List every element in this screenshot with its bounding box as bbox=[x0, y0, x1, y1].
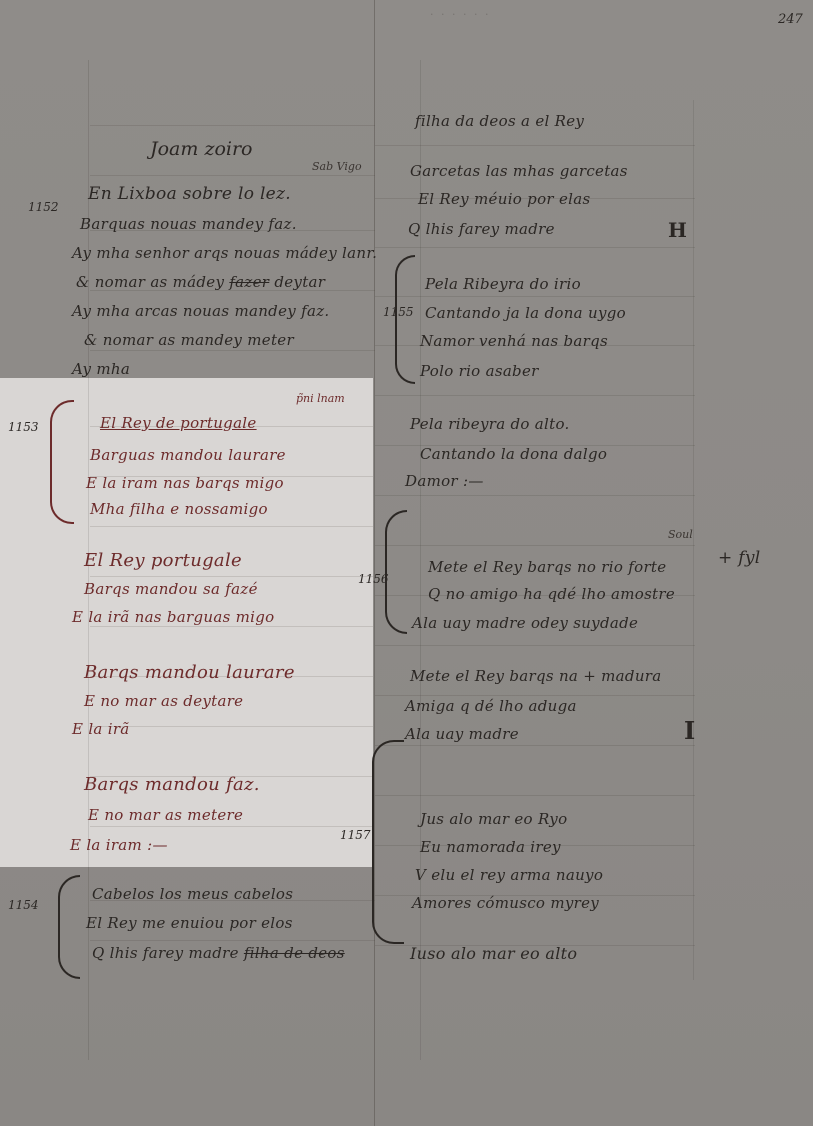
column-rule bbox=[693, 100, 694, 980]
ruled-line bbox=[90, 125, 375, 126]
ruled-line bbox=[375, 645, 695, 646]
verse-line: Cantando ja la dona uygo bbox=[425, 304, 626, 322]
verse-line: Amores cómusco myrey bbox=[412, 894, 599, 912]
verse-line: Damor :— bbox=[405, 472, 484, 490]
verse-line: Cabelos los meus cabelos bbox=[92, 885, 293, 903]
ruled-line bbox=[90, 726, 373, 727]
ruled-line bbox=[375, 495, 695, 496]
verse-line: Barqs mandou laurare bbox=[84, 662, 295, 683]
ruled-line bbox=[90, 576, 373, 577]
ruled-line bbox=[90, 350, 375, 351]
verse-line: Cantando la dona dalgo bbox=[420, 445, 607, 463]
folio-number: 247 bbox=[778, 12, 803, 27]
verse-line: Mete el Rey barqs no rio forte bbox=[428, 558, 666, 576]
ruled-line bbox=[375, 296, 695, 297]
verse-line: El Rey de portugale bbox=[100, 414, 257, 432]
verse-line: Ala uay madre odey suydade bbox=[412, 614, 638, 632]
verse-line: E la irã nas barguas migo bbox=[72, 608, 275, 626]
poem-number: 1153 bbox=[8, 420, 39, 434]
verse-line: Namor venhá nas barqs bbox=[420, 332, 608, 350]
margin-mark: I bbox=[684, 716, 695, 745]
verse-line: V elu el rey arma nauyo bbox=[415, 866, 603, 884]
verse-line: Ay mha arcas nouas mandey faz. bbox=[72, 302, 329, 320]
marginal-note: p̃ni lnam bbox=[296, 392, 345, 405]
manuscript-page: 247 · · · · · · Joam zoiro Sab Vigo 1152… bbox=[0, 0, 813, 1126]
decorated-initial-flourish bbox=[58, 875, 80, 979]
verse-line: Mete el Rey barqs na + madura bbox=[410, 667, 662, 685]
verse-line: En Lixboa sobre lo lez. bbox=[88, 184, 291, 204]
verse-line: Ay mha bbox=[72, 360, 130, 378]
verse-line: Q lhis farey madre filha de deos bbox=[92, 944, 345, 962]
verse-line: Ay mha senhor arqs nouas mádey lanr. bbox=[72, 244, 377, 262]
verse-line: Garcetas las mhas garcetas bbox=[410, 162, 628, 180]
ruled-line bbox=[375, 545, 695, 546]
ruled-line bbox=[375, 247, 695, 248]
decorated-initial-flourish bbox=[395, 255, 415, 384]
ruled-line bbox=[90, 175, 375, 176]
ruled-line bbox=[375, 145, 695, 146]
author-heading: Joam zoiro bbox=[150, 138, 253, 160]
decorated-initial-flourish bbox=[372, 740, 404, 944]
faint-header: · · · · · · bbox=[430, 8, 490, 21]
decorated-initial-flourish bbox=[50, 400, 74, 524]
verse-line: & nomar as mádey fazer deytar bbox=[76, 273, 325, 291]
verse-line: Mha filha e nossamigo bbox=[90, 500, 268, 518]
ruled-line bbox=[375, 395, 695, 396]
decorated-initial-flourish bbox=[385, 510, 407, 634]
poem-number: 1156 bbox=[358, 572, 389, 586]
verse-line: filha da deos a el Rey bbox=[415, 112, 584, 130]
poem-number: 1152 bbox=[28, 200, 59, 214]
column-divider bbox=[374, 0, 375, 1126]
ruled-line bbox=[375, 695, 695, 696]
verse-line: El Rey portugale bbox=[84, 550, 242, 571]
verse-line: E no mar as metere bbox=[88, 806, 243, 824]
poem-number: 1157 bbox=[340, 828, 371, 842]
verse-line: Barqs mandou sa fazé bbox=[84, 580, 258, 598]
verse-line: El Rey méuio por elas bbox=[418, 190, 590, 208]
verse-line: E no mar as deytare bbox=[84, 692, 243, 710]
verse-line: E la irã bbox=[72, 720, 130, 738]
ruled-line bbox=[90, 826, 373, 827]
struck-word: filha de deos bbox=[244, 944, 345, 962]
ruled-line bbox=[90, 526, 373, 527]
verse-line: Barquas nouas mandey faz. bbox=[80, 215, 297, 233]
marginal-note: + fyl bbox=[718, 548, 760, 568]
margin-mark: H bbox=[668, 218, 687, 242]
verse-line: E la iram nas barqs migo bbox=[86, 474, 284, 492]
verse-line: Jus alo mar eo Ryo bbox=[420, 810, 567, 828]
verse-line: Amiga q dé lho aduga bbox=[405, 697, 577, 715]
verse-line: Pela Ribeyra do irio bbox=[425, 275, 581, 293]
verse-line: Ala uay madre bbox=[405, 725, 519, 743]
verse-line: Pela ribeyra do alto. bbox=[410, 415, 570, 433]
ruled-line bbox=[375, 745, 695, 746]
verse-line: Q lhis farey madre bbox=[408, 220, 555, 238]
ruled-line bbox=[90, 626, 373, 627]
verse-line: El Rey me enuiou por elos bbox=[86, 914, 293, 932]
ruled-line bbox=[375, 795, 695, 796]
verse-line: Barguas mandou laurare bbox=[90, 446, 286, 464]
struck-word: fazer bbox=[229, 273, 269, 291]
verse-line: Iuso alo mar eo alto bbox=[410, 944, 577, 963]
ruled-line bbox=[90, 940, 375, 941]
superscript-note: Soul bbox=[668, 528, 693, 541]
verse-line: E la iram :— bbox=[70, 836, 168, 854]
verse-line: & nomar as mandey meter bbox=[84, 331, 294, 349]
verse-line: Polo rio asaber bbox=[420, 362, 539, 380]
verse-line: Barqs mandou faz. bbox=[84, 774, 260, 795]
marginal-note: Sab Vigo bbox=[312, 160, 362, 173]
verse-line: Eu namorada irey bbox=[420, 838, 561, 856]
verse-line: Q no amigo ha qdé lho amostre bbox=[428, 585, 675, 603]
poem-number: 1154 bbox=[8, 898, 39, 912]
